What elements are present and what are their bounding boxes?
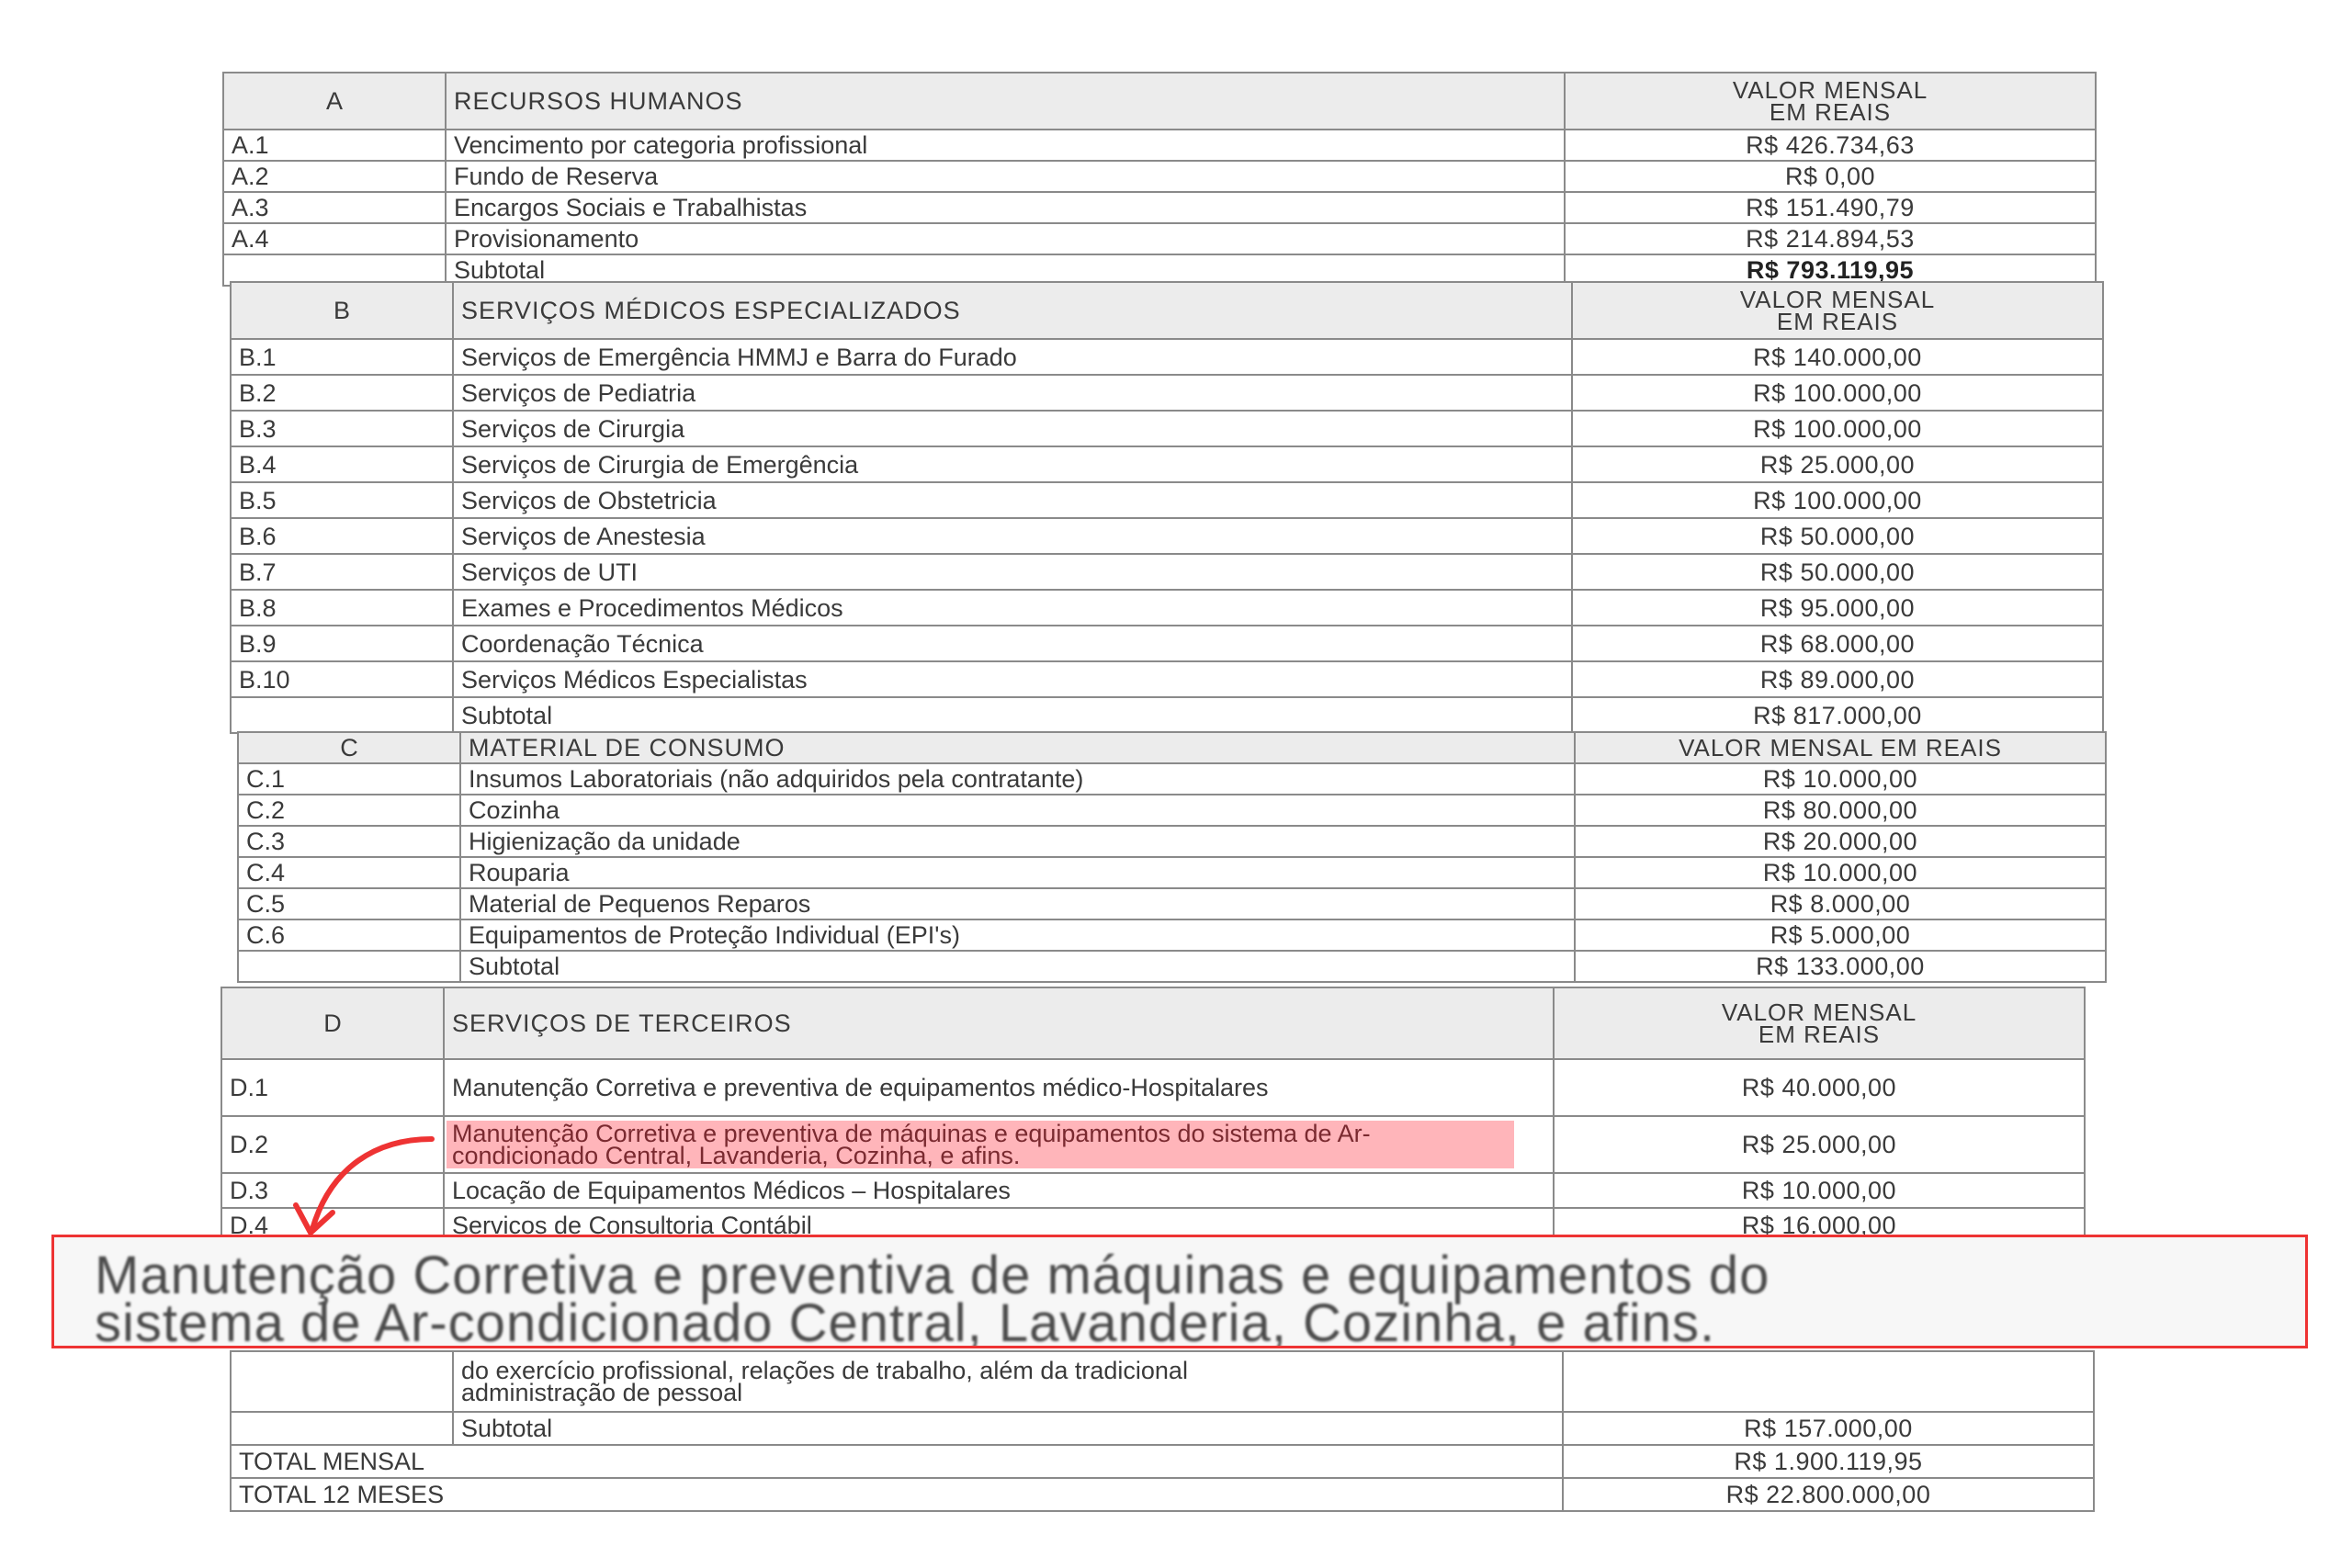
- item-value: R$ 10.000,00: [1575, 763, 2106, 795]
- table-row: B.2Serviços de PediatriaR$ 100.000,00: [231, 375, 2103, 411]
- item-desc: Higienização da unidade: [460, 826, 1575, 857]
- subtotal-label: Subtotal: [453, 697, 1572, 733]
- table-row: do exercício profissional, relações de t…: [231, 1351, 2094, 1412]
- value-header: VALOR MENSAL EM REAIS: [1575, 732, 2106, 763]
- table-row: A.4ProvisionamentoR$ 214.894,53: [223, 223, 2096, 254]
- item-code: C.6: [238, 919, 460, 951]
- section-b-table: B SERVIÇOS MÉDICOS ESPECIALIZADOS VALOR …: [230, 281, 2104, 734]
- section-a-table: A RECURSOS HUMANOS VALOR MENSALEM REAIS …: [222, 72, 2097, 287]
- highlighted-item-desc: Manutenção Corretiva e preventiva de máq…: [447, 1121, 1514, 1168]
- section-d-tail-table: do exercício profissional, relações de t…: [230, 1350, 2095, 1512]
- table-row: B.8Exames e Procedimentos MédicosR$ 95.0…: [231, 590, 2103, 626]
- total-monthly-label: TOTAL MENSAL: [231, 1445, 1563, 1478]
- item-desc: Insumos Laboratoriais (não adquiridos pe…: [460, 763, 1575, 795]
- item-code: B.4: [231, 446, 453, 482]
- item-desc: Serviços de Obstetricia: [453, 482, 1572, 518]
- table-row: C.2CozinhaR$ 80.000,00: [238, 795, 2106, 826]
- section-title: MATERIAL DE CONSUMO: [460, 732, 1575, 763]
- value-header: VALOR MENSALEM REAIS: [1572, 282, 2103, 339]
- total-monthly-row: TOTAL MENSALR$ 1.900.119,95: [231, 1445, 2094, 1478]
- table-row: B.1Serviços de Emergência HMMJ e Barra d…: [231, 339, 2103, 375]
- item-desc: Encargos Sociais e Trabalhistas: [446, 192, 1565, 223]
- item-code: A.4: [223, 223, 446, 254]
- item-code: C.4: [238, 857, 460, 888]
- item-code: C.5: [238, 888, 460, 919]
- item-value: R$ 50.000,00: [1572, 554, 2103, 590]
- table-row: B.3Serviços de CirurgiaR$ 100.000,00: [231, 411, 2103, 446]
- item-code: C.2: [238, 795, 460, 826]
- section-header: D SERVIÇOS DE TERCEIROS VALOR MENSALEM R…: [221, 987, 2085, 1059]
- item-value: R$ 8.000,00: [1575, 888, 2106, 919]
- section-header: A RECURSOS HUMANOS VALOR MENSALEM REAIS: [223, 73, 2096, 130]
- item-value: R$ 426.734,63: [1565, 130, 2096, 161]
- item-desc: Locação de Equipamentos Médicos – Hospit…: [444, 1173, 1554, 1208]
- item-code: B.3: [231, 411, 453, 446]
- table-row: C.4RoupariaR$ 10.000,00: [238, 857, 2106, 888]
- item-desc: Material de Pequenos Reparos: [460, 888, 1575, 919]
- table-row: C.6Equipamentos de Proteção Individual (…: [238, 919, 2106, 951]
- subtotal-row: SubtotalR$ 133.000,00: [238, 951, 2106, 982]
- table-row: C.1Insumos Laboratoriais (não adquiridos…: [238, 763, 2106, 795]
- item-value: R$ 214.894,53: [1565, 223, 2096, 254]
- item-desc: Serviços de Pediatria: [453, 375, 1572, 411]
- item-value: R$ 50.000,00: [1572, 518, 2103, 554]
- item-code: B.5: [231, 482, 453, 518]
- item-code: B.2: [231, 375, 453, 411]
- table-row: A.1Vencimento por categoria profissional…: [223, 130, 2096, 161]
- item-desc: Provisionamento: [446, 223, 1565, 254]
- section-c-table: C MATERIAL DE CONSUMO VALOR MENSAL EM RE…: [237, 731, 2107, 983]
- table-row: B.5Serviços de ObstetriciaR$ 100.000,00: [231, 482, 2103, 518]
- item-desc: Vencimento por categoria profissional: [446, 130, 1565, 161]
- total-yearly-row: TOTAL 12 MESESR$ 22.800.000,00: [231, 1478, 2094, 1511]
- table-row: A.3Encargos Sociais e TrabalhistasR$ 151…: [223, 192, 2096, 223]
- item-code: B.8: [231, 590, 453, 626]
- item-code: A.1: [223, 130, 446, 161]
- subtotal-label: Subtotal: [453, 1412, 1563, 1445]
- section-code: C: [238, 732, 460, 763]
- table-row: C.5Material de Pequenos ReparosR$ 8.000,…: [238, 888, 2106, 919]
- item-value: R$ 80.000,00: [1575, 795, 2106, 826]
- table-row-highlighted: D.2Manutenção Corretiva e preventiva de …: [221, 1116, 2085, 1173]
- section-code: A: [223, 73, 446, 130]
- zoomed-callout: Manutenção Corretiva e preventiva de máq…: [51, 1235, 2308, 1348]
- total-yearly-value: R$ 22.800.000,00: [1563, 1478, 2094, 1511]
- item-code: B.6: [231, 518, 453, 554]
- item-desc: Serviços Médicos Especialistas: [453, 661, 1572, 697]
- item-value: R$ 25.000,00: [1554, 1116, 2085, 1173]
- item-code: B.7: [231, 554, 453, 590]
- subtotal-value: R$ 133.000,00: [1575, 951, 2106, 982]
- item-value: R$ 25.000,00: [1572, 446, 2103, 482]
- section-header: B SERVIÇOS MÉDICOS ESPECIALIZADOS VALOR …: [231, 282, 2103, 339]
- total-yearly-label: TOTAL 12 MESES: [231, 1478, 1563, 1511]
- section-code: D: [221, 987, 444, 1059]
- table-row: A.2Fundo de ReservaR$ 0,00: [223, 161, 2096, 192]
- item-value: R$ 0,00: [1565, 161, 2096, 192]
- item-value: R$ 10.000,00: [1554, 1173, 2085, 1208]
- section-code: B: [231, 282, 453, 339]
- item-code: C.3: [238, 826, 460, 857]
- item-desc: Serviços de Cirurgia de Emergência: [453, 446, 1572, 482]
- item-desc: Coordenação Técnica: [453, 626, 1572, 661]
- item-desc: Rouparia: [460, 857, 1575, 888]
- item-code: B.10: [231, 661, 453, 697]
- section-title: SERVIÇOS MÉDICOS ESPECIALIZADOS: [453, 282, 1572, 339]
- subtotal-row: SubtotalR$ 157.000,00: [231, 1412, 2094, 1445]
- subtotal-label: Subtotal: [460, 951, 1575, 982]
- item-value: R$ 68.000,00: [1572, 626, 2103, 661]
- subtotal-row: SubtotalR$ 817.000,00: [231, 697, 2103, 733]
- item-code: A.3: [223, 192, 446, 223]
- value-header: VALOR MENSALEM REAIS: [1554, 987, 2085, 1059]
- table-row: D.1Manutenção Corretiva e preventiva de …: [221, 1059, 2085, 1116]
- curved-arrow-icon: [276, 1121, 459, 1240]
- item-desc-partial: do exercício profissional, relações de t…: [453, 1351, 1563, 1412]
- item-value: R$ 151.490,79: [1565, 192, 2096, 223]
- item-value: R$ 95.000,00: [1572, 590, 2103, 626]
- value-header: VALOR MENSALEM REAIS: [1565, 73, 2096, 130]
- item-desc: Equipamentos de Proteção Individual (EPI…: [460, 919, 1575, 951]
- item-desc: Fundo de Reserva: [446, 161, 1565, 192]
- callout-line-2: sistema de Ar-condicionado Central, Lava…: [95, 1298, 1715, 1348]
- item-desc: Exames e Procedimentos Médicos: [453, 590, 1572, 626]
- subtotal-value: R$ 817.000,00: [1572, 697, 2103, 733]
- table-row: B.10Serviços Médicos EspecialistasR$ 89.…: [231, 661, 2103, 697]
- section-title: SERVIÇOS DE TERCEIROS: [444, 987, 1554, 1059]
- item-value: R$ 100.000,00: [1572, 482, 2103, 518]
- item-desc: Cozinha: [460, 795, 1575, 826]
- section-title: RECURSOS HUMANOS: [446, 73, 1565, 130]
- item-code: B.9: [231, 626, 453, 661]
- item-desc: Serviços de Anestesia: [453, 518, 1572, 554]
- section-header: C MATERIAL DE CONSUMO VALOR MENSAL EM RE…: [238, 732, 2106, 763]
- item-value: R$ 100.000,00: [1572, 411, 2103, 446]
- item-value: R$ 100.000,00: [1572, 375, 2103, 411]
- table-row: B.9Coordenação TécnicaR$ 68.000,00: [231, 626, 2103, 661]
- subtotal-value: R$ 157.000,00: [1563, 1412, 2094, 1445]
- total-monthly-value: R$ 1.900.119,95: [1563, 1445, 2094, 1478]
- item-code: C.1: [238, 763, 460, 795]
- section-d-table: D SERVIÇOS DE TERCEIROS VALOR MENSALEM R…: [220, 987, 2086, 1244]
- item-value: R$ 140.000,00: [1572, 339, 2103, 375]
- table-row: B.4Serviços de Cirurgia de EmergênciaR$ …: [231, 446, 2103, 482]
- item-desc: Serviços de UTI: [453, 554, 1572, 590]
- item-value: R$ 40.000,00: [1554, 1059, 2085, 1116]
- item-code: B.1: [231, 339, 453, 375]
- item-desc: Serviços de Emergência HMMJ e Barra do F…: [453, 339, 1572, 375]
- item-value: R$ 20.000,00: [1575, 826, 2106, 857]
- table-row: C.3Higienização da unidadeR$ 20.000,00: [238, 826, 2106, 857]
- item-value: R$ 10.000,00: [1575, 857, 2106, 888]
- table-row: D.3Locação de Equipamentos Médicos – Hos…: [221, 1173, 2085, 1208]
- item-code: D.1: [221, 1059, 444, 1116]
- item-value: R$ 5.000,00: [1575, 919, 2106, 951]
- item-desc: Serviços de Cirurgia: [453, 411, 1572, 446]
- table-row: B.7Serviços de UTIR$ 50.000,00: [231, 554, 2103, 590]
- table-row: B.6Serviços de AnestesiaR$ 50.000,00: [231, 518, 2103, 554]
- item-value: R$ 89.000,00: [1572, 661, 2103, 697]
- item-code: A.2: [223, 161, 446, 192]
- item-desc: Manutenção Corretiva e preventiva de equ…: [444, 1059, 1554, 1116]
